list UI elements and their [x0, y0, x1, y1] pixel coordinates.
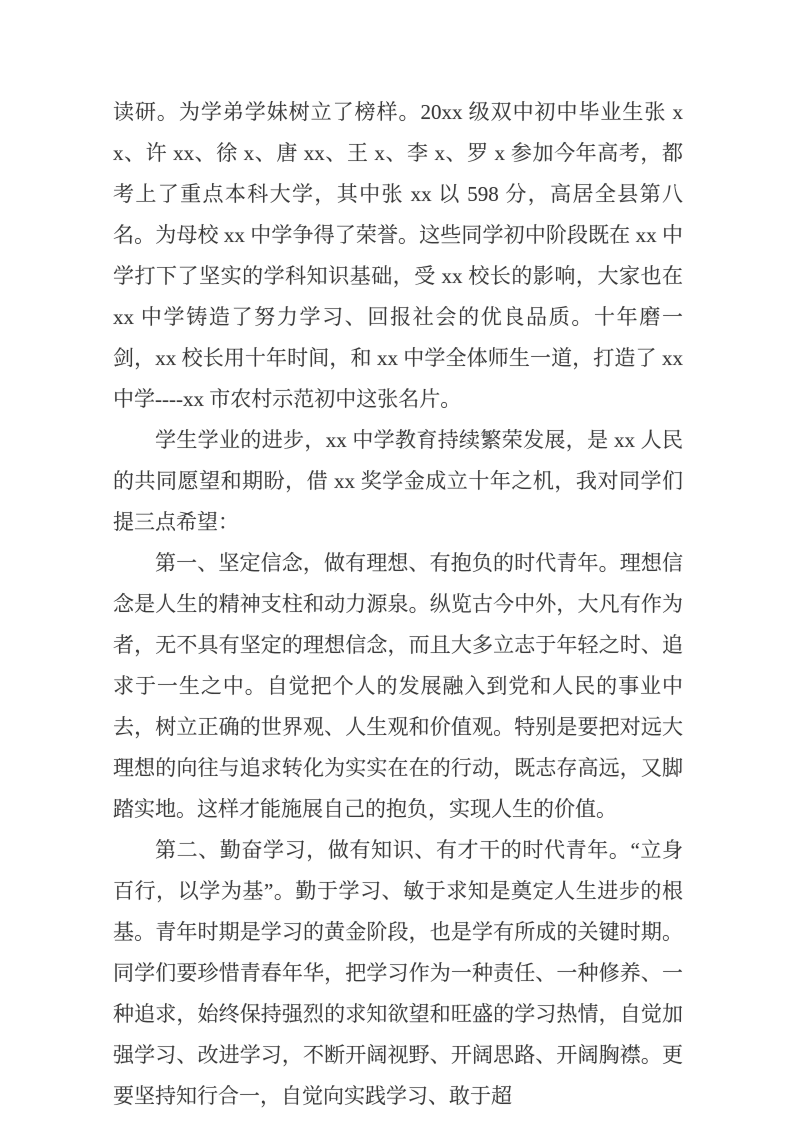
- paragraph-point-two: 第二、勤奋学习，做有知识、有才干的时代青年。“立身百行，以学为基”。勤于学习、敏…: [113, 830, 683, 1117]
- paragraph-hopes-intro: 学生学业的进步，xx 中学教育持续繁荣发展，是 xx 人民的共同愿望和期盼，借 …: [113, 420, 683, 543]
- document-page: 读研。为学弟学妹树立了榜样。20xx 级双中初中毕业生张 xx、许 xx、徐 x…: [0, 0, 793, 1122]
- paragraph-point-one: 第一、坚定信念，做有理想、有抱负的时代青年。理想信念是人生的精神支柱和动力源泉。…: [113, 543, 683, 830]
- paragraph-continuation: 读研。为学弟学妹树立了榜样。20xx 级双中初中毕业生张 xx、许 xx、徐 x…: [113, 92, 683, 420]
